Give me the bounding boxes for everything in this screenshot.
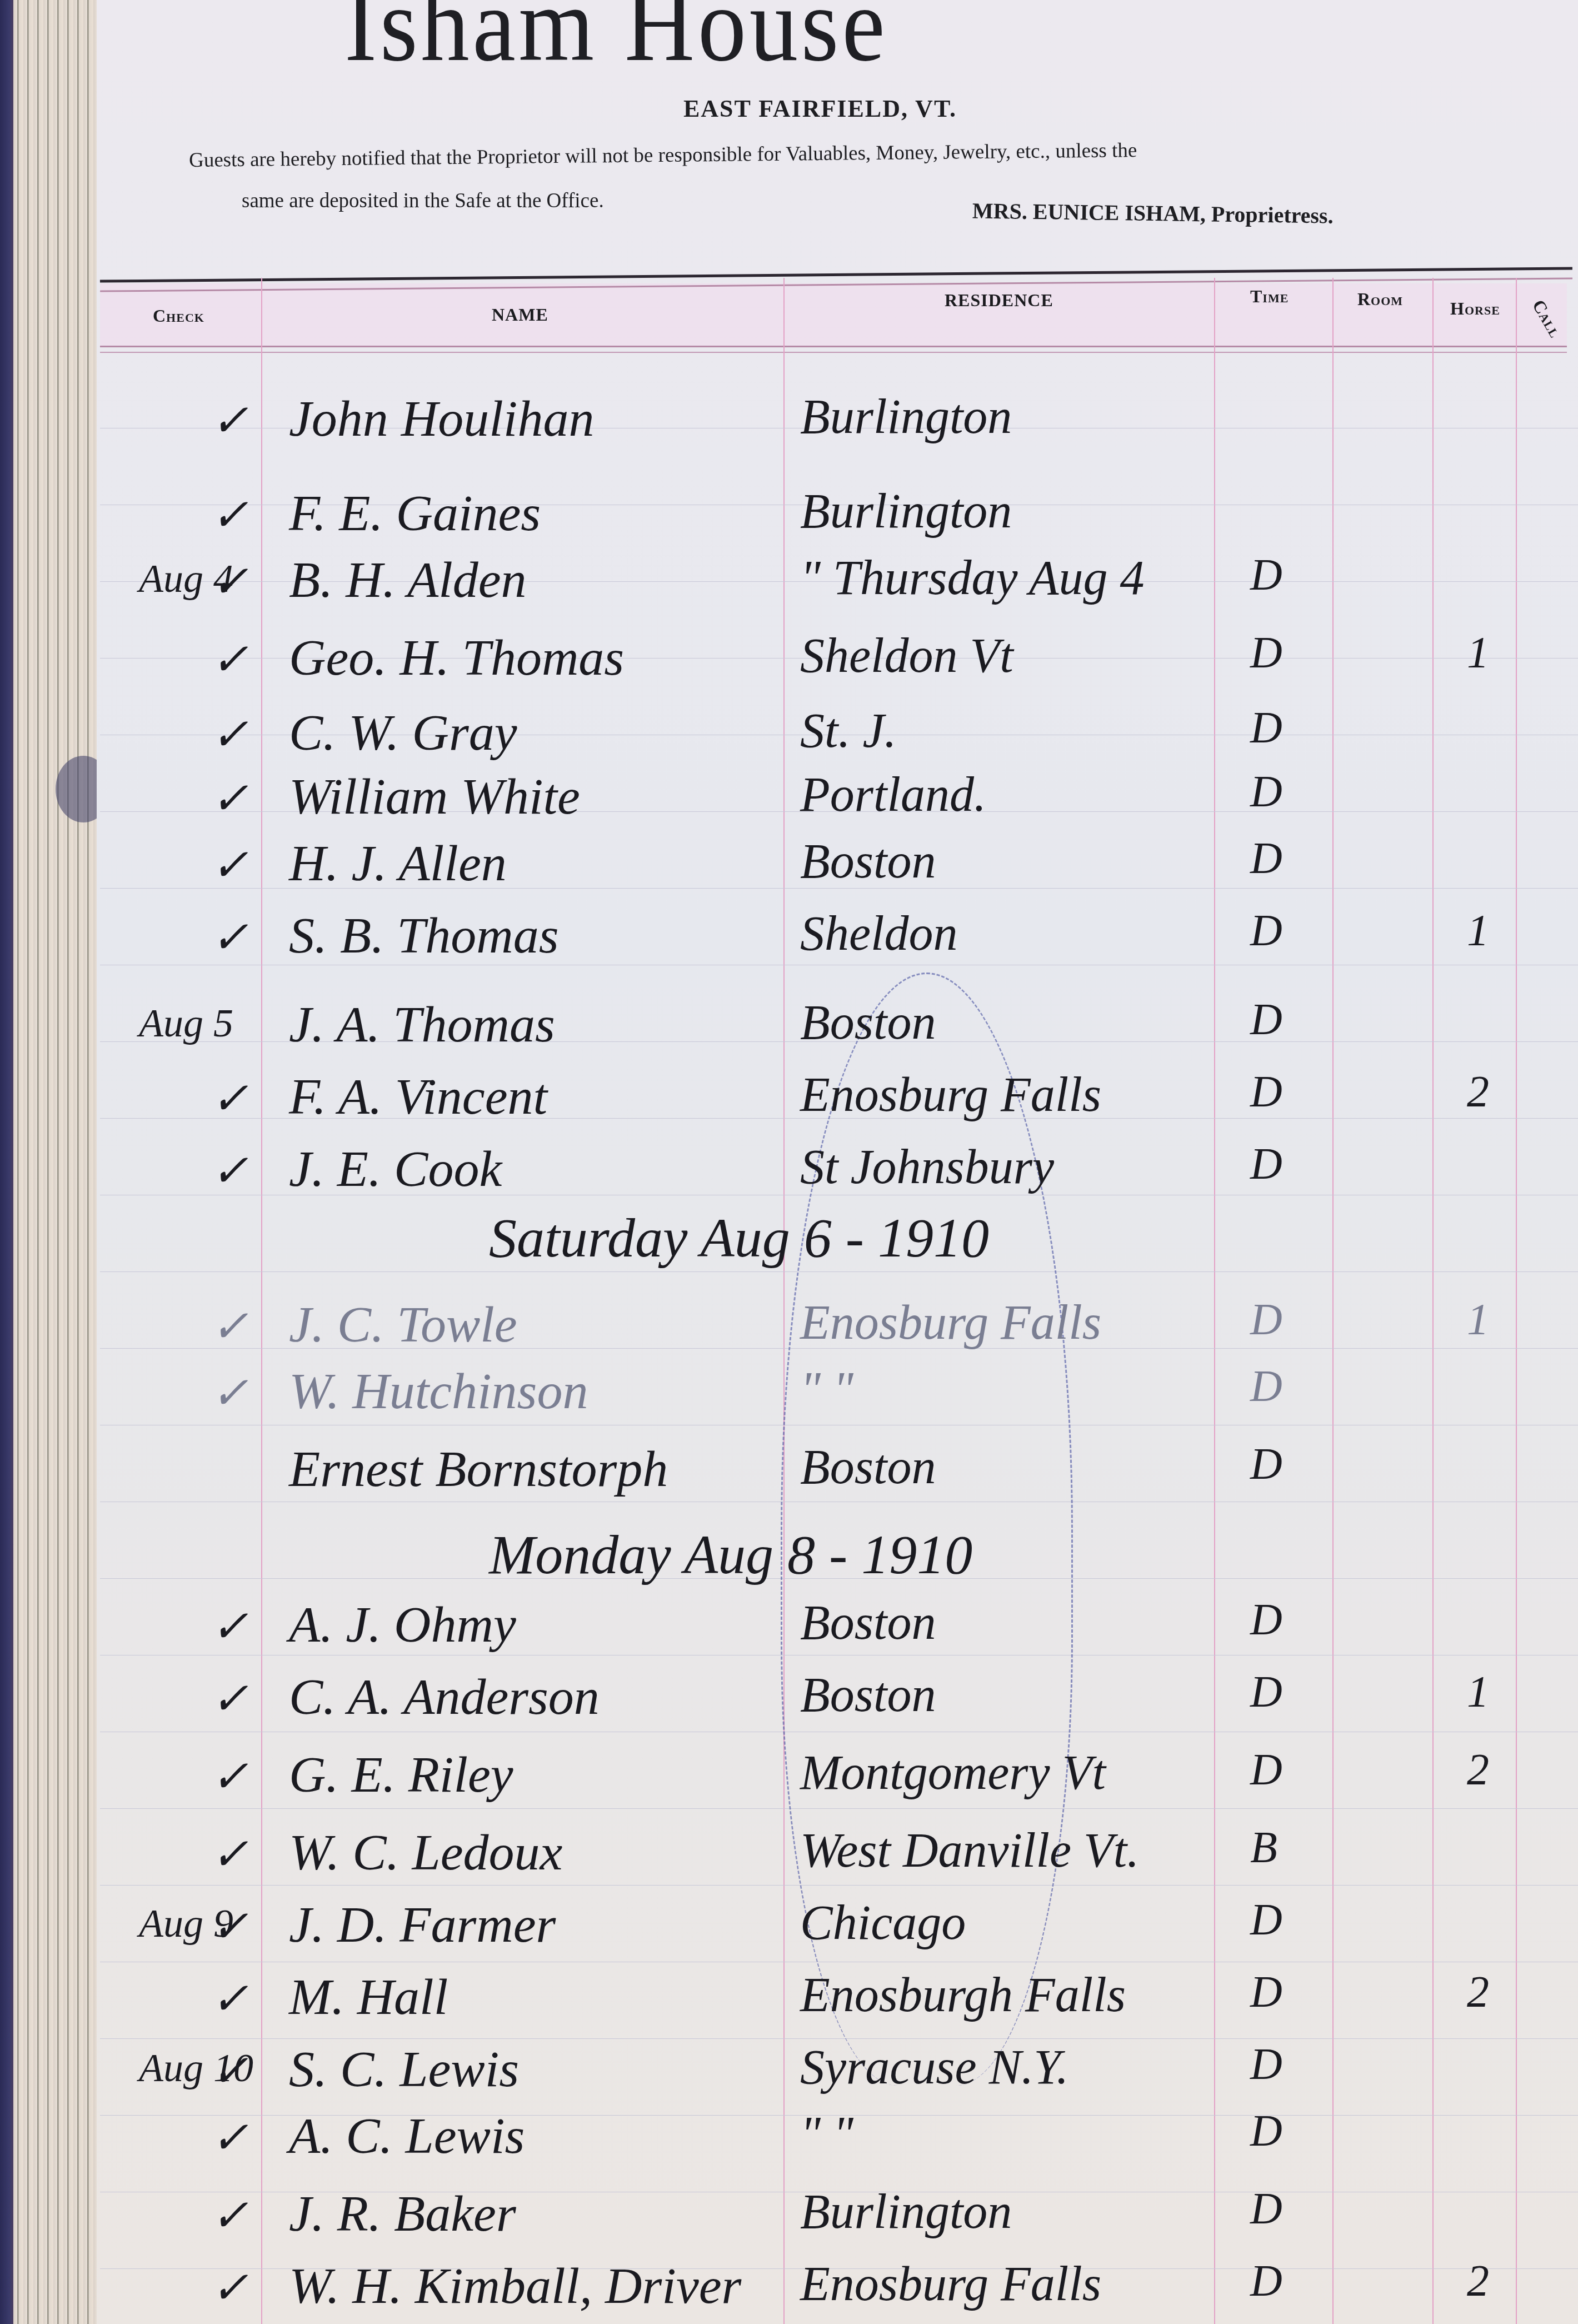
guest-residence: Chicago <box>800 1895 966 1951</box>
guest-residence: Boston <box>800 995 936 1051</box>
hotel-location: EAST FAIRFIELD, VT. <box>683 94 957 123</box>
time-mark: D <box>1250 1595 1282 1645</box>
notice-line-2: same are deposited in the Safe at the Of… <box>242 189 604 213</box>
check-mark: ✓ <box>211 1828 248 1881</box>
check-mark: ✓ <box>211 1673 248 1725</box>
check-mark: ✓ <box>211 634 248 686</box>
check-mark: ✓ <box>211 1600 248 1653</box>
guest-name: J. E. Cook <box>289 1139 502 1198</box>
check-mark: ✓ <box>211 556 248 608</box>
guest-residence: Montgomery Vt <box>800 1745 1106 1801</box>
book-binding <box>0 0 13 2324</box>
check-mark: ✓ <box>211 1751 248 1803</box>
time-mark: B <box>1250 1823 1277 1873</box>
guest-residence: Boston <box>800 1595 936 1651</box>
guest-residence: " Thursday Aug 4 <box>800 550 1145 606</box>
check-mark: ✓ <box>211 839 248 891</box>
header-time: Time <box>1250 286 1289 307</box>
guest-residence: Sheldon Vt <box>800 628 1013 684</box>
column-header-band <box>100 283 1567 347</box>
guest-name: M. Hall <box>289 1967 448 2026</box>
guest-residence: " " <box>800 2106 853 2162</box>
horse-count: 2 <box>1467 1967 1489 2018</box>
time-mark: D <box>1250 767 1282 817</box>
time-mark: D <box>1250 628 1282 679</box>
guest-name: W. C. Ledoux <box>289 1823 562 1882</box>
time-mark: D <box>1250 550 1282 601</box>
guest-name: C. A. Anderson <box>289 1667 600 1726</box>
guest-residence: Sheldon <box>800 906 958 962</box>
column-divider <box>1516 278 1517 2324</box>
guest-residence: Enosburg Falls <box>800 2256 1101 2312</box>
guest-name: Geo. H. Thomas <box>289 628 624 687</box>
check-mark: ✓ <box>211 1901 248 1953</box>
time-mark: D <box>1250 703 1282 754</box>
guest-name: J. C. Towle <box>289 1295 517 1354</box>
guest-residence: St Johnsbury <box>800 1139 1054 1195</box>
horse-count: 2 <box>1467 1745 1489 1796</box>
check-mark: ✓ <box>211 2262 248 2314</box>
ruling-line <box>100 2038 1578 2039</box>
horse-count: 1 <box>1467 1295 1489 1345</box>
check-mark: ✓ <box>211 489 248 541</box>
horse-count: 2 <box>1467 2256 1489 2307</box>
guest-residence: " " <box>800 1362 853 1418</box>
check-mark: ✓ <box>211 1073 248 1125</box>
guest-name: S. C. Lewis <box>289 2039 519 2098</box>
time-mark: D <box>1250 906 1282 956</box>
date-heading: Monday Aug 8 - 1910 <box>489 1523 972 1587</box>
date-heading: Saturday Aug 6 - 1910 <box>489 1206 989 1270</box>
guest-name: F. A. Vincent <box>289 1067 547 1126</box>
header-bottom-rule <box>100 346 1567 353</box>
check-mark: ✓ <box>211 1367 248 1419</box>
guest-name: A. C. Lewis <box>289 2106 525 2165</box>
check-mark: ✓ <box>211 772 248 825</box>
check-mark: ✓ <box>211 1973 248 2025</box>
column-divider <box>1432 278 1434 2324</box>
check-mark: ✓ <box>211 709 248 761</box>
time-mark: D <box>1250 1967 1282 2018</box>
time-mark: D <box>1250 834 1282 884</box>
ruling-line <box>100 965 1578 965</box>
time-mark: D <box>1250 1362 1282 1412</box>
guest-residence: Burlington <box>800 2184 1012 2240</box>
guest-residence: Enosburg Falls <box>800 1295 1101 1351</box>
check-mark: ✓ <box>211 1300 248 1353</box>
margin-date: Aug 5 <box>139 1000 233 1046</box>
horse-count: 1 <box>1467 1667 1489 1718</box>
header-check: Check <box>153 306 204 326</box>
guest-name: John Houlihan <box>289 389 594 448</box>
hotel-title: Isham House <box>344 0 1265 78</box>
guest-name: William White <box>289 767 580 826</box>
time-mark: D <box>1250 1745 1282 1796</box>
guest-residence: Portland. <box>800 767 986 823</box>
time-mark: D <box>1250 1295 1282 1345</box>
guest-name: J. R. Baker <box>289 2184 516 2243</box>
guest-name: H. J. Allen <box>289 834 507 892</box>
column-divider <box>1332 278 1334 2324</box>
guest-residence: Syracuse N.Y. <box>800 2039 1068 2096</box>
guest-name: G. E. Riley <box>289 1745 513 1804</box>
guest-name: J. D. Farmer <box>289 1895 556 1954</box>
guest-residence: Burlington <box>800 389 1012 445</box>
time-mark: D <box>1250 1067 1282 1118</box>
guest-residence: St. J. <box>800 703 897 759</box>
guest-residence: Enosburgh Falls <box>800 1967 1126 2023</box>
time-mark: D <box>1250 1895 1282 1946</box>
guest-residence: Boston <box>800 834 936 890</box>
guest-residence: Enosburg Falls <box>800 1067 1101 1123</box>
guest-name: W. H. Kimball, Driver <box>289 2256 741 2315</box>
header-room: Room <box>1357 289 1403 310</box>
check-mark: ✓ <box>211 1145 248 1197</box>
guest-name: Ernest Bornstorph <box>289 1439 668 1498</box>
time-mark: D <box>1250 1139 1282 1190</box>
column-divider <box>261 278 262 2324</box>
guest-name: B. H. Alden <box>289 550 527 609</box>
guest-name: J. A. Thomas <box>289 995 555 1054</box>
time-mark: D <box>1250 2039 1282 2090</box>
horse-count: 1 <box>1467 628 1489 679</box>
check-mark: ✓ <box>211 2112 248 2164</box>
header-name: NAME <box>492 305 548 325</box>
time-mark: D <box>1250 2256 1282 2307</box>
guest-residence: West Danville Vt. <box>800 1823 1139 1879</box>
guest-residence: Burlington <box>800 483 1012 540</box>
guest-name: S. B. Thomas <box>289 906 559 965</box>
check-mark: ✓ <box>211 911 248 964</box>
time-mark: D <box>1250 2184 1282 2235</box>
horse-count: 1 <box>1467 906 1489 956</box>
guest-name: A. J. Ohmy <box>289 1595 516 1654</box>
check-mark: ✓ <box>211 2190 248 2242</box>
guest-name: C. W. Gray <box>289 703 517 762</box>
guest-name: W. Hutchinson <box>289 1362 588 1420</box>
check-mark: ✓ <box>211 395 248 447</box>
guest-residence: Boston <box>800 1439 936 1495</box>
column-divider <box>783 278 785 2324</box>
time-mark: D <box>1250 2106 1282 2157</box>
check-mark: ✓ <box>211 2045 248 2097</box>
time-mark: D <box>1250 1439 1282 1490</box>
header-horse: Horse <box>1450 298 1500 319</box>
guest-residence: Boston <box>800 1667 936 1723</box>
horse-count: 2 <box>1467 1067 1489 1118</box>
header-residence: RESIDENCE <box>945 290 1053 311</box>
time-mark: D <box>1250 995 1282 1045</box>
guest-name: F. E. Gaines <box>289 483 541 542</box>
page-edges <box>13 0 97 2324</box>
proprietress-line: MRS. EUNICE ISHAM, Proprietress. <box>972 197 1334 228</box>
time-mark: D <box>1250 1667 1282 1718</box>
column-divider <box>1214 278 1215 2324</box>
